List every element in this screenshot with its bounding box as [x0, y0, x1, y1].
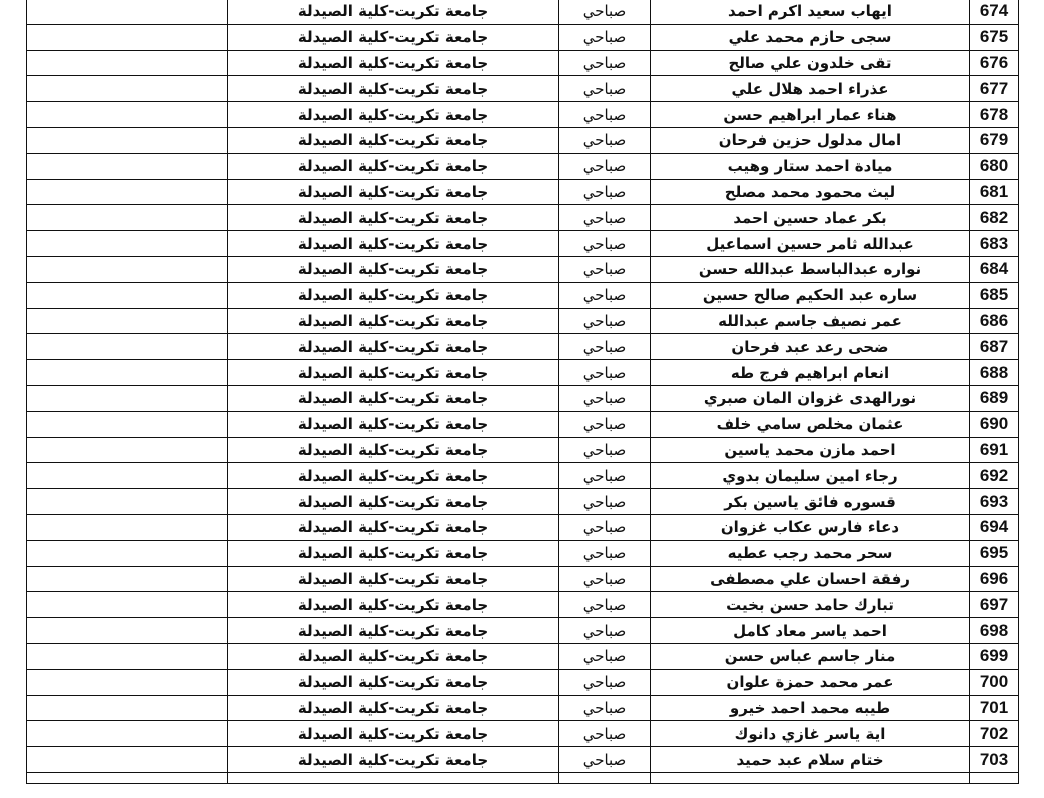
notes-cell — [27, 385, 228, 411]
notes-cell — [27, 463, 228, 489]
notes-cell — [27, 747, 228, 773]
table-row: 679امال مدلول حزين فرحانصباحيجامعة تكريت… — [27, 127, 1019, 153]
notes-cell — [27, 566, 228, 592]
table-row: 694دعاء فارس عكاب غزوانصباحيجامعة تكريت-… — [27, 514, 1019, 540]
college-cell: جامعة تكريت-كلية الصيدلة — [228, 127, 559, 153]
college-cell: جامعة تكريت-كلية الصيدلة — [228, 669, 559, 695]
table-row: 681ليث محمود محمد مصلحصباحيجامعة تكريت-ك… — [27, 179, 1019, 205]
row-number-cell: 687 — [970, 334, 1019, 360]
college-cell: جامعة تكريت-كلية الصيدلة — [228, 437, 559, 463]
study-type-cell: صباحي — [559, 695, 651, 721]
table-row: 695سحر محمد رجب عطيهصباحيجامعة تكريت-كلي… — [27, 540, 1019, 566]
college-cell: جامعة تكريت-كلية الصيدلة — [228, 540, 559, 566]
partial-cell — [228, 772, 559, 783]
student-name-cell: احمد مازن محمد ياسين — [651, 437, 970, 463]
study-type-cell: صباحي — [559, 566, 651, 592]
student-name-cell: تقى خلدون علي صالح — [651, 50, 970, 76]
study-type-cell: صباحي — [559, 643, 651, 669]
college-cell: جامعة تكريت-كلية الصيدلة — [228, 153, 559, 179]
table-row: 682بكر عماد حسين احمدصباحيجامعة تكريت-كل… — [27, 205, 1019, 231]
college-cell: جامعة تكريت-كلية الصيدلة — [228, 566, 559, 592]
table-row: 698احمد ياسر معاد كاملصباحيجامعة تكريت-ك… — [27, 618, 1019, 644]
student-list-document: 674ايهاب سعيد اكرم احمدصباحيجامعة تكريت-… — [26, 0, 1019, 784]
notes-cell — [27, 695, 228, 721]
table-row: 700عمر محمد حمزة علوانصباحيجامعة تكريت-ك… — [27, 669, 1019, 695]
row-number-cell: 681 — [970, 179, 1019, 205]
row-number-cell: 676 — [970, 50, 1019, 76]
notes-cell — [27, 618, 228, 644]
student-name-cell: نواره عبدالباسط عبدالله حسن — [651, 256, 970, 282]
college-cell: جامعة تكريت-كلية الصيدلة — [228, 50, 559, 76]
table-row: 690عثمان مخلص سامي خلفصباحيجامعة تكريت-ك… — [27, 411, 1019, 437]
row-number-cell: 677 — [970, 76, 1019, 102]
study-type-cell: صباحي — [559, 24, 651, 50]
notes-cell — [27, 721, 228, 747]
student-name-cell: ختام سلام عبد حميد — [651, 747, 970, 773]
college-cell: جامعة تكريت-كلية الصيدلة — [228, 643, 559, 669]
student-name-cell: انعام ابراهيم فرج طه — [651, 360, 970, 386]
notes-cell — [27, 102, 228, 128]
college-cell: جامعة تكريت-كلية الصيدلة — [228, 360, 559, 386]
college-cell: جامعة تكريت-كلية الصيدلة — [228, 463, 559, 489]
table-row: 693قسوره فائق ياسين بكرصباحيجامعة تكريت-… — [27, 489, 1019, 515]
row-number-cell: 691 — [970, 437, 1019, 463]
notes-cell — [27, 282, 228, 308]
row-number-cell: 700 — [970, 669, 1019, 695]
notes-cell — [27, 540, 228, 566]
table-row: 680ميادة احمد ستار وهيبصباحيجامعة تكريت-… — [27, 153, 1019, 179]
notes-cell — [27, 437, 228, 463]
student-name-cell: هناء عمار ابراهيم حسن — [651, 102, 970, 128]
student-name-cell: سجى حازم محمد علي — [651, 24, 970, 50]
student-name-cell: احمد ياسر معاد كامل — [651, 618, 970, 644]
study-type-cell: صباحي — [559, 102, 651, 128]
notes-cell — [27, 308, 228, 334]
study-type-cell: صباحي — [559, 308, 651, 334]
study-type-cell: صباحي — [559, 463, 651, 489]
notes-cell — [27, 411, 228, 437]
table-row-partial — [27, 772, 1019, 783]
table-row: 696رفقة احسان علي مصطفىصباحيجامعة تكريت-… — [27, 566, 1019, 592]
row-number-cell: 695 — [970, 540, 1019, 566]
college-cell: جامعة تكريت-كلية الصيدلة — [228, 747, 559, 773]
row-number-cell: 680 — [970, 153, 1019, 179]
notes-cell — [27, 153, 228, 179]
notes-cell — [27, 514, 228, 540]
notes-cell — [27, 50, 228, 76]
student-name-cell: نورالهدى غزوان المان صبري — [651, 385, 970, 411]
row-number-cell: 692 — [970, 463, 1019, 489]
row-number-cell: 683 — [970, 231, 1019, 257]
notes-cell — [27, 643, 228, 669]
study-type-cell: صباحي — [559, 0, 651, 24]
table-row: 688انعام ابراهيم فرج طهصباحيجامعة تكريت-… — [27, 360, 1019, 386]
study-type-cell: صباحي — [559, 282, 651, 308]
college-cell: جامعة تكريت-كلية الصيدلة — [228, 334, 559, 360]
table-row: 697تبارك حامد حسن بخيتصباحيجامعة تكريت-ك… — [27, 592, 1019, 618]
study-type-cell: صباحي — [559, 540, 651, 566]
student-name-cell: عذراء احمد هلال علي — [651, 76, 970, 102]
student-name-cell: طيبه محمد احمد خيرو — [651, 695, 970, 721]
partial-cell — [559, 772, 651, 783]
study-type-cell: صباحي — [559, 747, 651, 773]
study-type-cell: صباحي — [559, 437, 651, 463]
notes-cell — [27, 127, 228, 153]
table-row: 683عبدالله ثامر حسين اسماعيلصباحيجامعة ت… — [27, 231, 1019, 257]
notes-cell — [27, 205, 228, 231]
table-row: 701طيبه محمد احمد خيروصباحيجامعة تكريت-ك… — [27, 695, 1019, 721]
table-row: 677عذراء احمد هلال عليصباحيجامعة تكريت-ك… — [27, 76, 1019, 102]
row-number-cell: 693 — [970, 489, 1019, 515]
notes-cell — [27, 179, 228, 205]
row-number-cell: 697 — [970, 592, 1019, 618]
college-cell: جامعة تكريت-كلية الصيدلة — [228, 205, 559, 231]
study-type-cell: صباحي — [559, 721, 651, 747]
study-type-cell: صباحي — [559, 592, 651, 618]
student-name-cell: عمر محمد حمزة علوان — [651, 669, 970, 695]
college-cell: جامعة تكريت-كلية الصيدلة — [228, 76, 559, 102]
college-cell: جامعة تكريت-كلية الصيدلة — [228, 592, 559, 618]
notes-cell — [27, 24, 228, 50]
student-name-cell: بكر عماد حسين احمد — [651, 205, 970, 231]
student-name-cell: رجاء امين سليمان بدوي — [651, 463, 970, 489]
college-cell: جامعة تكريت-كلية الصيدلة — [228, 179, 559, 205]
college-cell: جامعة تكريت-كلية الصيدلة — [228, 0, 559, 24]
student-name-cell: ليث محمود محمد مصلح — [651, 179, 970, 205]
student-name-cell: رفقة احسان علي مصطفى — [651, 566, 970, 592]
table-row: 689نورالهدى غزوان المان صبريصباحيجامعة ت… — [27, 385, 1019, 411]
college-cell: جامعة تكريت-كلية الصيدلة — [228, 489, 559, 515]
notes-cell — [27, 256, 228, 282]
college-cell: جامعة تكريت-كلية الصيدلة — [228, 695, 559, 721]
row-number-cell: 688 — [970, 360, 1019, 386]
student-name-cell: قسوره فائق ياسين بكر — [651, 489, 970, 515]
row-number-cell: 698 — [970, 618, 1019, 644]
table-row: 702اية ياسر غازي دانوكصباحيجامعة تكريت-ك… — [27, 721, 1019, 747]
partial-cell — [27, 772, 228, 783]
students-table: 674ايهاب سعيد اكرم احمدصباحيجامعة تكريت-… — [26, 0, 1019, 784]
notes-cell — [27, 489, 228, 515]
row-number-cell: 689 — [970, 385, 1019, 411]
student-name-cell: عثمان مخلص سامي خلف — [651, 411, 970, 437]
table-row: 692رجاء امين سليمان بدويصباحيجامعة تكريت… — [27, 463, 1019, 489]
student-name-cell: تبارك حامد حسن بخيت — [651, 592, 970, 618]
row-number-cell: 701 — [970, 695, 1019, 721]
college-cell: جامعة تكريت-كلية الصيدلة — [228, 256, 559, 282]
row-number-cell: 694 — [970, 514, 1019, 540]
student-name-cell: سحر محمد رجب عطيه — [651, 540, 970, 566]
table-row: 691احمد مازن محمد ياسينصباحيجامعة تكريت-… — [27, 437, 1019, 463]
student-name-cell: ضحى رعد عبد فرحان — [651, 334, 970, 360]
row-number-cell: 699 — [970, 643, 1019, 669]
row-number-cell: 682 — [970, 205, 1019, 231]
notes-cell — [27, 669, 228, 695]
college-cell: جامعة تكريت-كلية الصيدلة — [228, 411, 559, 437]
student-name-cell: ساره عبد الحكيم صالح حسين — [651, 282, 970, 308]
student-name-cell: ميادة احمد ستار وهيب — [651, 153, 970, 179]
study-type-cell: صباحي — [559, 514, 651, 540]
notes-cell — [27, 231, 228, 257]
study-type-cell: صباحي — [559, 127, 651, 153]
row-number-cell: 696 — [970, 566, 1019, 592]
row-number-cell: 685 — [970, 282, 1019, 308]
study-type-cell: صباحي — [559, 618, 651, 644]
partial-cell — [970, 772, 1019, 783]
student-name-cell: اية ياسر غازي دانوك — [651, 721, 970, 747]
college-cell: جامعة تكريت-كلية الصيدلة — [228, 514, 559, 540]
study-type-cell: صباحي — [559, 76, 651, 102]
row-number-cell: 690 — [970, 411, 1019, 437]
study-type-cell: صباحي — [559, 669, 651, 695]
college-cell: جامعة تكريت-كلية الصيدلة — [228, 231, 559, 257]
study-type-cell: صباحي — [559, 489, 651, 515]
row-number-cell: 684 — [970, 256, 1019, 282]
table-row: 678هناء عمار ابراهيم حسنصباحيجامعة تكريت… — [27, 102, 1019, 128]
notes-cell — [27, 592, 228, 618]
table-row: 674ايهاب سعيد اكرم احمدصباحيجامعة تكريت-… — [27, 0, 1019, 24]
student-name-cell: منار جاسم عباس حسن — [651, 643, 970, 669]
table-row: 684نواره عبدالباسط عبدالله حسنصباحيجامعة… — [27, 256, 1019, 282]
row-number-cell: 686 — [970, 308, 1019, 334]
row-number-cell: 703 — [970, 747, 1019, 773]
notes-cell — [27, 76, 228, 102]
study-type-cell: صباحي — [559, 385, 651, 411]
student-name-cell: عمر نصيف جاسم عبدالله — [651, 308, 970, 334]
table-row: 687ضحى رعد عبد فرحانصباحيجامعة تكريت-كلي… — [27, 334, 1019, 360]
college-cell: جامعة تكريت-كلية الصيدلة — [228, 721, 559, 747]
row-number-cell: 674 — [970, 0, 1019, 24]
study-type-cell: صباحي — [559, 179, 651, 205]
college-cell: جامعة تكريت-كلية الصيدلة — [228, 308, 559, 334]
table-row: 703ختام سلام عبد حميدصباحيجامعة تكريت-كل… — [27, 747, 1019, 773]
table-row: 685ساره عبد الحكيم صالح حسينصباحيجامعة ت… — [27, 282, 1019, 308]
notes-cell — [27, 334, 228, 360]
row-number-cell: 675 — [970, 24, 1019, 50]
study-type-cell: صباحي — [559, 334, 651, 360]
student-name-cell: ايهاب سعيد اكرم احمد — [651, 0, 970, 24]
notes-cell — [27, 0, 228, 24]
college-cell: جامعة تكريت-كلية الصيدلة — [228, 24, 559, 50]
college-cell: جامعة تكريت-كلية الصيدلة — [228, 618, 559, 644]
study-type-cell: صباحي — [559, 231, 651, 257]
college-cell: جامعة تكريت-كلية الصيدلة — [228, 102, 559, 128]
table-row: 686عمر نصيف جاسم عبداللهصباحيجامعة تكريت… — [27, 308, 1019, 334]
study-type-cell: صباحي — [559, 153, 651, 179]
row-number-cell: 679 — [970, 127, 1019, 153]
college-cell: جامعة تكريت-كلية الصيدلة — [228, 282, 559, 308]
table-row: 699منار جاسم عباس حسنصباحيجامعة تكريت-كل… — [27, 643, 1019, 669]
table-row: 676تقى خلدون علي صالحصباحيجامعة تكريت-كل… — [27, 50, 1019, 76]
student-name-cell: عبدالله ثامر حسين اسماعيل — [651, 231, 970, 257]
row-number-cell: 702 — [970, 721, 1019, 747]
study-type-cell: صباحي — [559, 256, 651, 282]
college-cell: جامعة تكريت-كلية الصيدلة — [228, 385, 559, 411]
student-name-cell: امال مدلول حزين فرحان — [651, 127, 970, 153]
study-type-cell: صباحي — [559, 50, 651, 76]
table-row: 675سجى حازم محمد عليصباحيجامعة تكريت-كلي… — [27, 24, 1019, 50]
study-type-cell: صباحي — [559, 360, 651, 386]
notes-cell — [27, 360, 228, 386]
study-type-cell: صباحي — [559, 205, 651, 231]
partial-cell — [651, 772, 970, 783]
student-name-cell: دعاء فارس عكاب غزوان — [651, 514, 970, 540]
row-number-cell: 678 — [970, 102, 1019, 128]
study-type-cell: صباحي — [559, 411, 651, 437]
